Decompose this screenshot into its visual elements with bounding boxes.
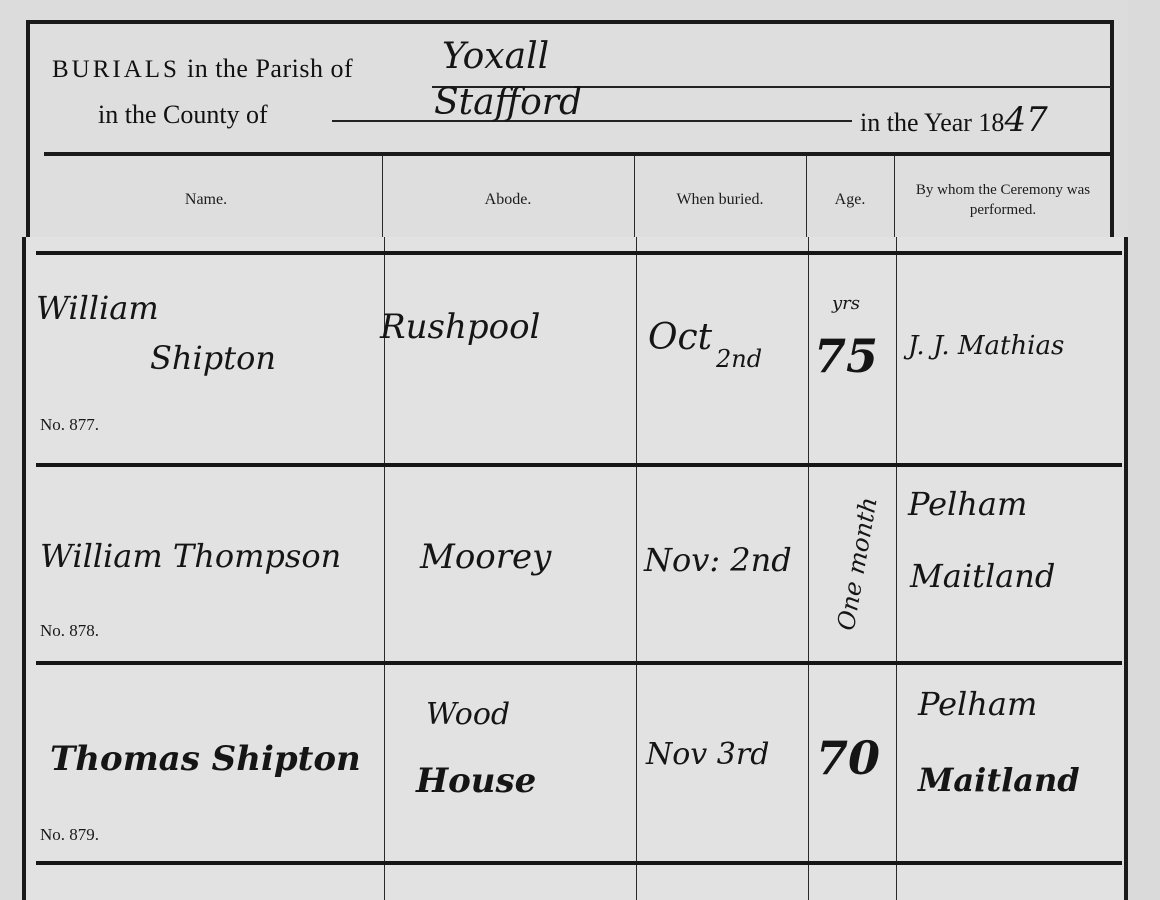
entry-officiant: J. J. Mathias	[908, 331, 1064, 361]
entry-age: One month	[832, 509, 880, 632]
column-divider	[808, 237, 809, 900]
column-header-officiant: By whom the Ceremony was performed.	[896, 160, 1110, 240]
entry-officiant: Maitland	[910, 557, 1055, 595]
page-margin	[1128, 0, 1160, 900]
parish-name-handwritten: Yoxall	[442, 36, 549, 77]
column-header-when-buried: When buried.	[634, 160, 806, 240]
heading-year: in the Year 1847	[860, 100, 1048, 140]
register-heading: BURIALS in the Parish of Yoxall in the C…	[26, 20, 1114, 238]
entry-number: No. 878.	[40, 621, 99, 641]
entry-abode: Moorey	[420, 537, 551, 577]
heading-divider	[44, 152, 1110, 156]
entry-abode: Wood	[426, 697, 510, 732]
entry-burial-month: Oct	[648, 317, 712, 358]
entry-age-unit: yrs	[832, 293, 860, 314]
entry-number: No. 877.	[40, 415, 99, 435]
entry-divider	[36, 463, 1122, 467]
entry-divider	[36, 861, 1122, 865]
county-name-handwritten: Stafford	[434, 82, 582, 123]
entry-abode: House	[416, 761, 536, 801]
heading-parish-label: in the Parish of	[187, 54, 353, 83]
register-entries: William Shipton No. 877. Rushpool Oct 2n…	[22, 237, 1128, 900]
heading-year-label: in the Year 18	[860, 108, 1004, 137]
entry-name: William Thompson	[40, 537, 341, 575]
entry-burial-date: Nov: 2nd	[644, 541, 792, 579]
column-divider	[636, 237, 637, 900]
column-header-name: Name.	[30, 160, 382, 240]
entry-age: 70	[816, 731, 880, 785]
entry-name: Thomas Shipton	[50, 739, 361, 779]
column-divider	[896, 237, 897, 900]
entry-name: William	[36, 289, 159, 327]
entry-officiant: Pelham	[908, 485, 1027, 523]
entry-burial-date: Nov 3rd	[646, 737, 769, 772]
entry-divider	[36, 251, 1122, 255]
heading-title: BURIALS	[52, 56, 180, 83]
entry-age: 75	[814, 329, 878, 383]
entry-number: No. 879.	[40, 825, 99, 845]
column-header-age: Age.	[806, 160, 894, 240]
heading-county-line: in the County of	[98, 100, 268, 130]
year-handwritten: 47	[1004, 100, 1047, 140]
entry-name: Shipton	[150, 339, 276, 377]
county-fill-line	[332, 120, 852, 122]
entry-officiant: Maitland	[918, 761, 1080, 799]
column-header-abode: Abode.	[382, 160, 634, 240]
register-page: BURIALS in the Parish of Yoxall in the C…	[0, 0, 1160, 900]
entry-divider	[36, 661, 1122, 665]
entry-officiant: Pelham	[918, 685, 1037, 723]
heading-parish-line: BURIALS in the Parish of	[52, 54, 353, 84]
entry-abode: Rushpool	[380, 307, 540, 347]
heading-county-label: in the County of	[98, 100, 268, 129]
entry-burial-day: 2nd	[716, 345, 762, 373]
column-divider	[894, 156, 895, 242]
